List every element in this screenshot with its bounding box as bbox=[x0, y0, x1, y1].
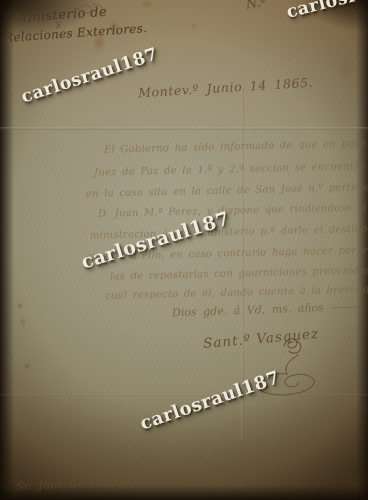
addressee-line: Sr. Juez de Paz de la 1.ª y 2.ª Seccion bbox=[16, 468, 258, 494]
dateline: Montev.º Junio 14 1865. bbox=[138, 75, 314, 101]
body-line: las de repostarlas con guarniciones prev… bbox=[110, 264, 368, 282]
letterhead-pen-flourish bbox=[72, 1, 106, 19]
body-line: D. Juan M.ª Perez, y dispone que rindien… bbox=[98, 201, 368, 220]
document-photo: Ministerio de y Relaciones Exteriores. N… bbox=[0, 0, 368, 500]
horizontal-fold-crease bbox=[0, 127, 368, 130]
body-line: cual respecto de él, dando cuenta á la b… bbox=[105, 283, 368, 302]
watermark-text: carlosraul187 bbox=[138, 367, 283, 434]
body-line: Juez de Paz de la 1.ª y 2.ª seccion se e… bbox=[94, 158, 368, 178]
document-number: N.º bbox=[245, 0, 268, 13]
body-line: El Gobierno ha sido informado de que en … bbox=[104, 137, 368, 156]
body-line: en la casa sita en la calle de San José … bbox=[86, 181, 368, 200]
watermark-text: carlosraul187 bbox=[285, 0, 368, 23]
valediction: Dios gde. á Vd. ms. años ——— bbox=[172, 300, 364, 320]
